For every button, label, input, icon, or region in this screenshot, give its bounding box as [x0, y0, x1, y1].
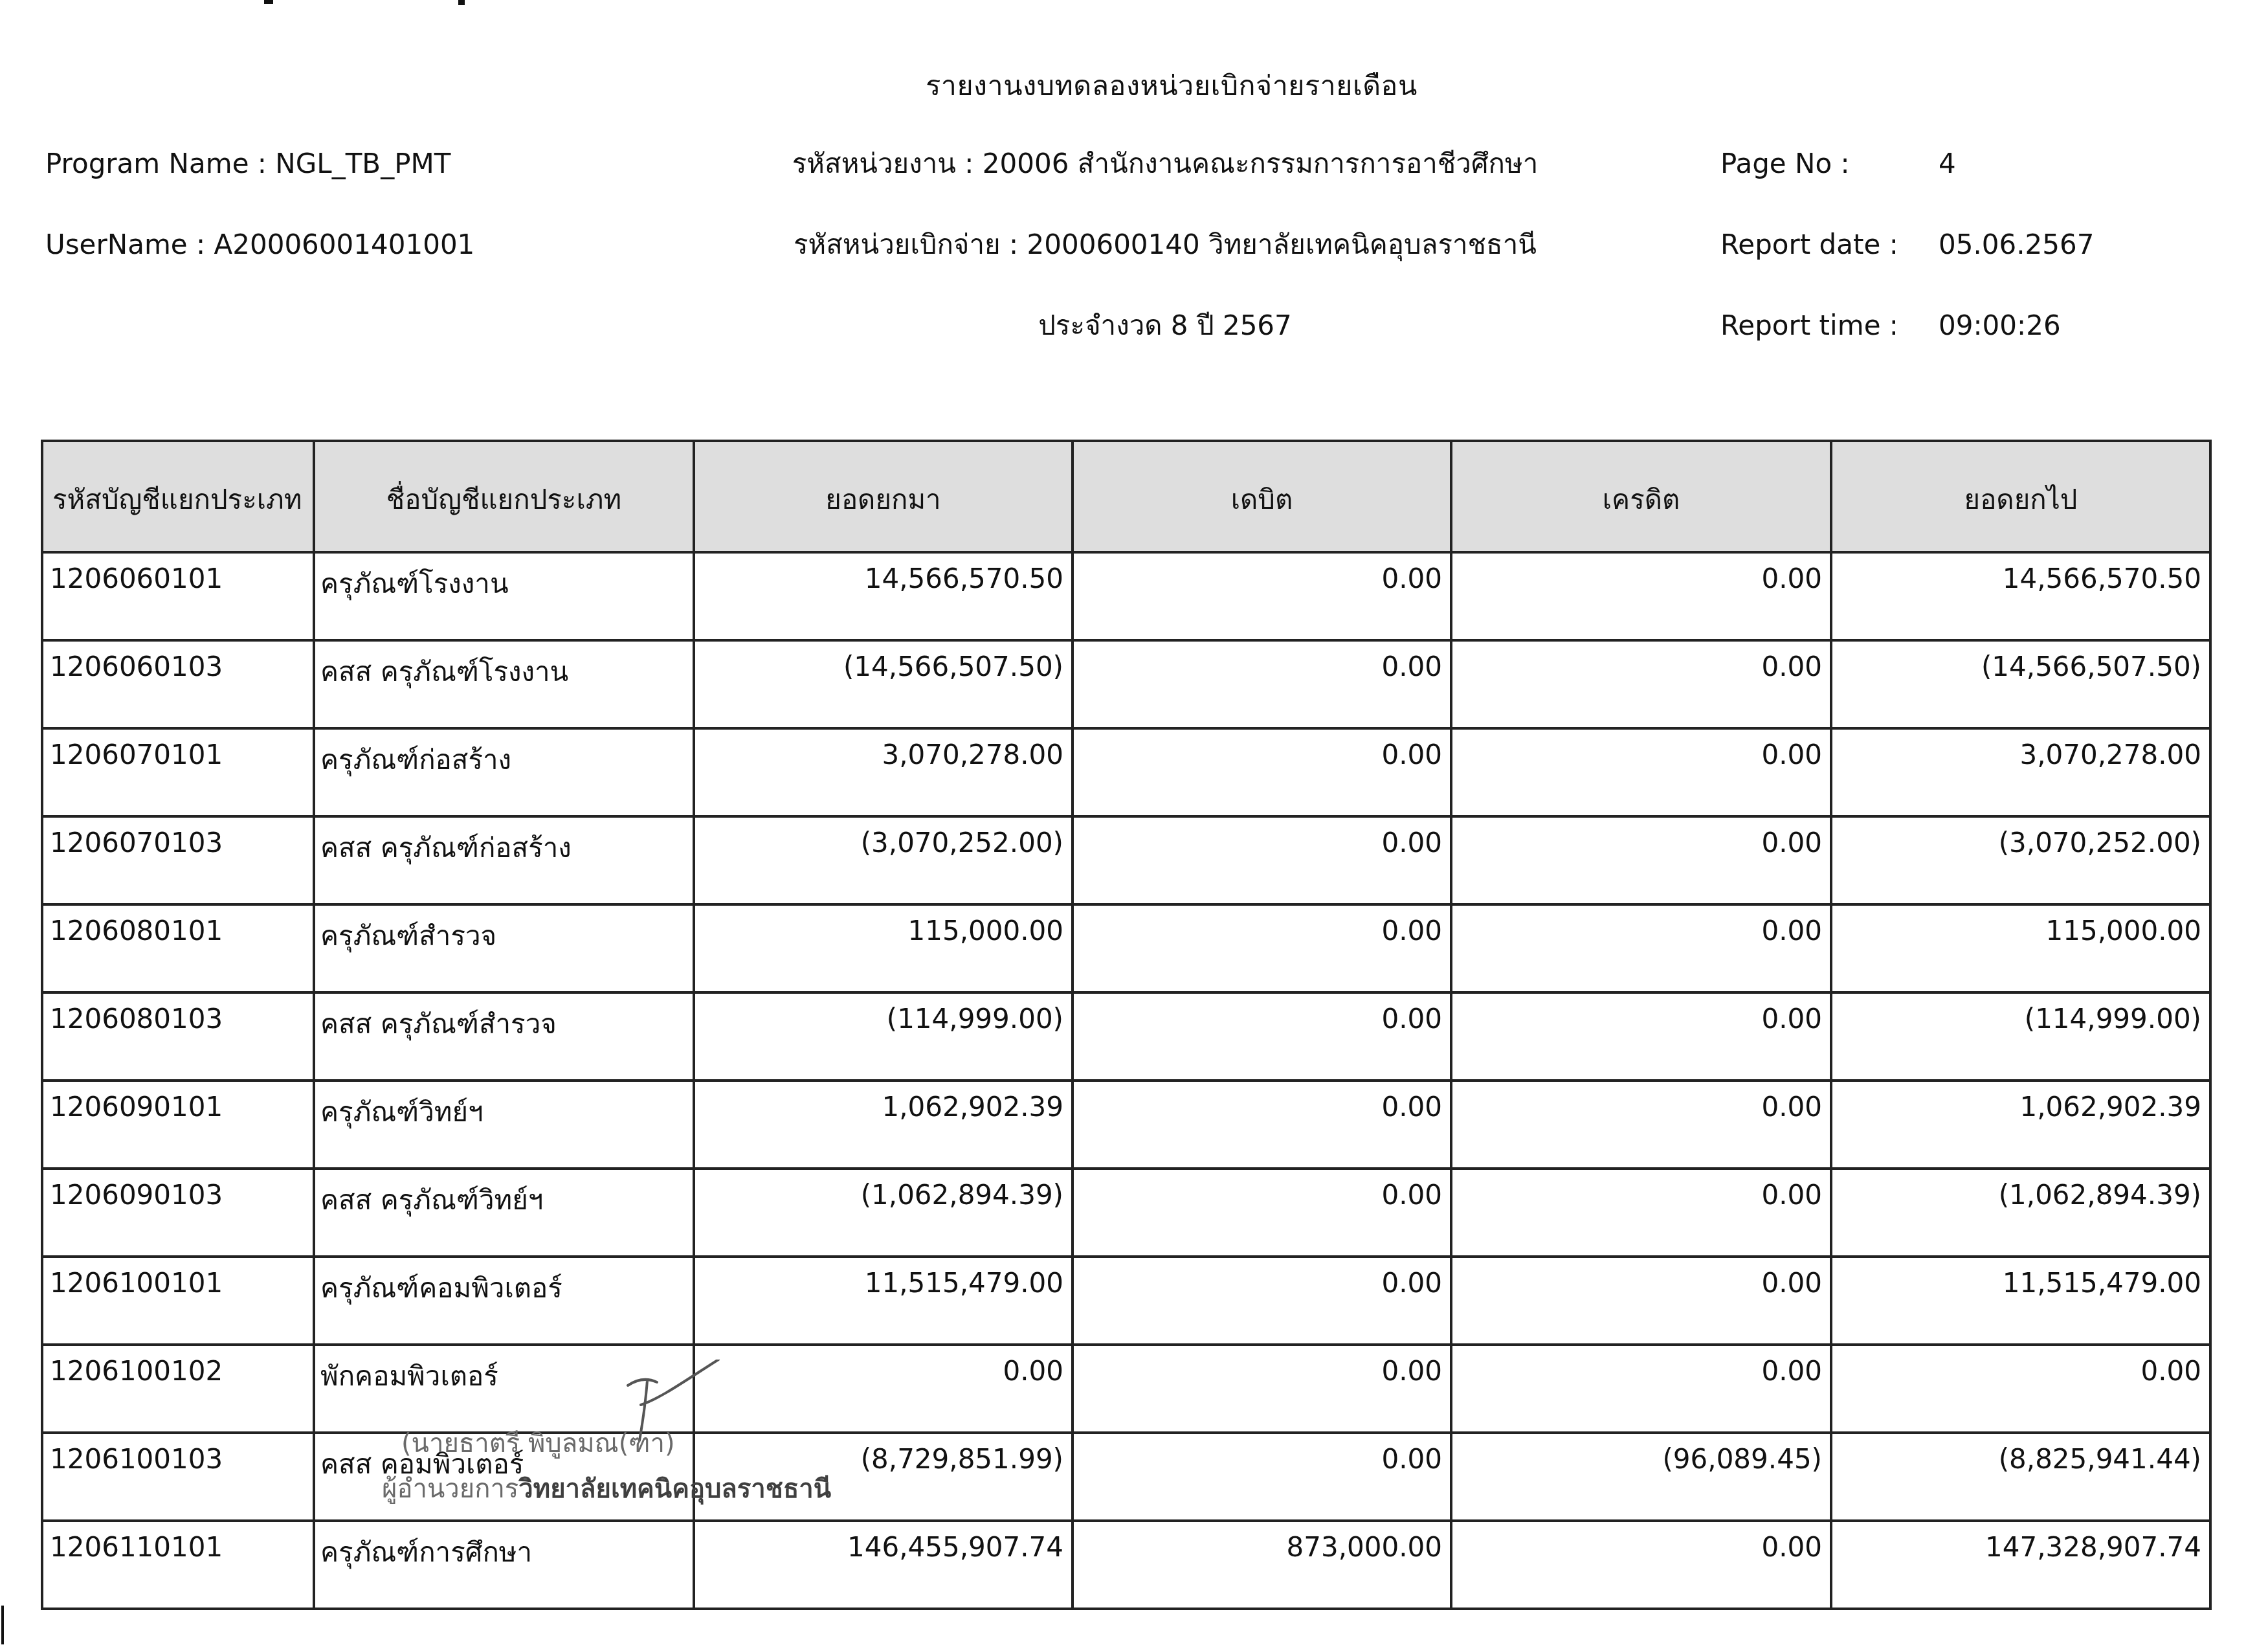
cell-opening-balance: 11,515,479.00 [694, 1257, 1073, 1345]
table-row: 1206080103คสส ครุภัณฑ์สำรวจ(114,999.00)0… [42, 992, 2210, 1081]
cell-debit: 0.00 [1073, 1257, 1451, 1345]
table-row: 1206100101ครุภัณฑ์คอมพิวเตอร์11,515,479.… [42, 1257, 2210, 1345]
report-date-label: Report date : [1720, 231, 1898, 258]
cell-debit: 0.00 [1073, 1081, 1451, 1169]
cell-account-name: คสส คอมพิวเตอร์ [314, 1433, 694, 1521]
cell-account-name: คสส ครุภัณฑ์ก่อสร้าง [314, 816, 694, 904]
cell-closing-balance: 11,515,479.00 [1831, 1257, 2210, 1345]
table-row: 1206090103คสส ครุภัณฑ์วิทย์ฯ(1,062,894.3… [42, 1169, 2210, 1257]
cell-debit: 0.00 [1073, 552, 1451, 640]
cell-credit: 0.00 [1451, 992, 1831, 1081]
cell-account-code: 1206060101 [42, 552, 314, 640]
table-row: 1206100102พักคอมพิวเตอร์0.000.000.000.00 [42, 1345, 2210, 1433]
cell-opening-balance: (3,070,252.00) [694, 816, 1073, 904]
cell-closing-balance: 1,062,902.39 [1831, 1081, 2210, 1169]
disbursing-unit-code: รหัสหน่วยเบิกจ่าย : 2000600140 วิทยาลัยเ… [712, 231, 1618, 258]
cell-credit: (96,089.45) [1451, 1433, 1831, 1521]
header-account-name: ชื่อบัญชีแยกประเภท [314, 441, 694, 552]
cell-account-name: พักคอมพิวเตอร์ [314, 1345, 694, 1433]
header-opening-balance: ยอดยกมา [694, 441, 1073, 552]
cell-closing-balance: (3,070,252.00) [1831, 816, 2210, 904]
cell-closing-balance: 147,328,907.74 [1831, 1521, 2210, 1609]
table-row: 1206110101ครุภัณฑ์การศึกษา146,455,907.74… [42, 1521, 2210, 1609]
cell-debit: 0.00 [1073, 904, 1451, 992]
cell-account-code: 1206100103 [42, 1433, 314, 1521]
cell-account-code: 1206090101 [42, 1081, 314, 1169]
report-period: ประจำงวด 8 ปี 2567 [712, 312, 1618, 339]
cell-opening-balance: 115,000.00 [694, 904, 1073, 992]
cell-account-name: ครุภัณฑ์คอมพิวเตอร์ [314, 1257, 694, 1345]
report-page: รายงานงบทดลองหน่วยเบิกจ่ายรายเดือน Progr… [0, 0, 2268, 1647]
cell-opening-balance: (1,062,894.39) [694, 1169, 1073, 1257]
cell-account-name: ครุภัณฑ์การศึกษา [314, 1521, 694, 1609]
report-title: รายงานงบทดลองหน่วยเบิกจ่ายรายเดือน [0, 63, 2268, 107]
cell-credit: 0.00 [1451, 904, 1831, 992]
agency-code: รหัสหน่วยงาน : 20006 สำนักงานคณะกรรมการก… [712, 150, 1618, 177]
cell-closing-balance: (14,566,507.50) [1831, 640, 2210, 728]
cell-closing-balance: 14,566,570.50 [1831, 552, 2210, 640]
cell-debit: 0.00 [1073, 1345, 1451, 1433]
cell-account-name: คสส ครุภัณฑ์วิทย์ฯ [314, 1169, 694, 1257]
cell-opening-balance: (114,999.00) [694, 992, 1073, 1081]
table-row: 1206070101ครุภัณฑ์ก่อสร้าง3,070,278.000.… [42, 728, 2210, 816]
page-no-value: 4 [1939, 150, 1956, 177]
cell-account-code: 1206080103 [42, 992, 314, 1081]
cell-account-code: 1206080101 [42, 904, 314, 992]
report-date-value: 05.06.2567 [1939, 231, 2094, 258]
cell-account-name: ครุภัณฑ์สำรวจ [314, 904, 694, 992]
table-row: 1206100103คสส คอมพิวเตอร์(8,729,851.99)0… [42, 1433, 2210, 1521]
cell-opening-balance: (14,566,507.50) [694, 640, 1073, 728]
cell-closing-balance: (114,999.00) [1831, 992, 2210, 1081]
cell-opening-balance: (8,729,851.99) [694, 1433, 1073, 1521]
program-name: Program Name : NGL_TB_PMT [45, 150, 450, 177]
cell-account-code: 1206100101 [42, 1257, 314, 1345]
header-credit: เครดิต [1451, 441, 1831, 552]
header-account-code: รหัสบัญชีแยกประเภท [42, 441, 314, 552]
table-row: 1206090101ครุภัณฑ์วิทย์ฯ1,062,902.390.00… [42, 1081, 2210, 1169]
cell-credit: 0.00 [1451, 640, 1831, 728]
cell-account-name: ครุภัณฑ์โรงงาน [314, 552, 694, 640]
cell-account-code: 1206110101 [42, 1521, 314, 1609]
table-body: 1206060101ครุภัณฑ์โรงงาน14,566,570.500.0… [42, 552, 2210, 1609]
cell-account-name: ครุภัณฑ์ก่อสร้าง [314, 728, 694, 816]
user-name: UserName : A20006001401001 [45, 231, 474, 258]
cell-account-code: 1206090103 [42, 1169, 314, 1257]
scan-mark-bottom-left [1, 1606, 4, 1644]
cell-credit: 0.00 [1451, 552, 1831, 640]
cell-account-name: ครุภัณฑ์วิทย์ฯ [314, 1081, 694, 1169]
cell-credit: 0.00 [1451, 1345, 1831, 1433]
cell-debit: 0.00 [1073, 728, 1451, 816]
cell-credit: 0.00 [1451, 1257, 1831, 1345]
cell-opening-balance: 14,566,570.50 [694, 552, 1073, 640]
cell-opening-balance: 3,070,278.00 [694, 728, 1073, 816]
cell-closing-balance: 115,000.00 [1831, 904, 2210, 992]
cell-closing-balance: (8,825,941.44) [1831, 1433, 2210, 1521]
scan-mark-top-2 [458, 0, 465, 5]
report-time-value: 09:00:26 [1939, 312, 2061, 339]
cell-opening-balance: 1,062,902.39 [694, 1081, 1073, 1169]
header-closing-balance: ยอดยกไป [1831, 441, 2210, 552]
cell-closing-balance: (1,062,894.39) [1831, 1169, 2210, 1257]
cell-debit: 873,000.00 [1073, 1521, 1451, 1609]
cell-opening-balance: 0.00 [694, 1345, 1073, 1433]
cell-account-code: 1206060103 [42, 640, 314, 728]
cell-debit: 0.00 [1073, 992, 1451, 1081]
cell-account-name: คสส ครุภัณฑ์โรงงาน [314, 640, 694, 728]
cell-credit: 0.00 [1451, 728, 1831, 816]
cell-debit: 0.00 [1073, 816, 1451, 904]
cell-debit: 0.00 [1073, 1433, 1451, 1521]
cell-debit: 0.00 [1073, 1169, 1451, 1257]
report-time-label: Report time : [1720, 312, 1898, 339]
header-debit: เดบิต [1073, 441, 1451, 552]
table-row: 1206080101ครุภัณฑ์สำรวจ115,000.000.000.0… [42, 904, 2210, 992]
table-row: 1206060103คสส ครุภัณฑ์โรงงาน(14,566,507.… [42, 640, 2210, 728]
table-header-row: รหัสบัญชีแยกประเภท ชื่อบัญชีแยกประเภท ยอ… [42, 441, 2210, 552]
cell-closing-balance: 3,070,278.00 [1831, 728, 2210, 816]
cell-credit: 0.00 [1451, 1521, 1831, 1609]
table-row: 1206070103คสส ครุภัณฑ์ก่อสร้าง(3,070,252… [42, 816, 2210, 904]
cell-account-code: 1206070101 [42, 728, 314, 816]
scan-mark-top-1 [264, 0, 273, 4]
cell-credit: 0.00 [1451, 1081, 1831, 1169]
cell-credit: 0.00 [1451, 1169, 1831, 1257]
cell-account-code: 1206070103 [42, 816, 314, 904]
cell-account-code: 1206100102 [42, 1345, 314, 1433]
trial-balance-table: รหัสบัญชีแยกประเภท ชื่อบัญชีแยกประเภท ยอ… [41, 440, 2212, 1610]
cell-debit: 0.00 [1073, 640, 1451, 728]
table-row: 1206060101ครุภัณฑ์โรงงาน14,566,570.500.0… [42, 552, 2210, 640]
cell-account-name: คสส ครุภัณฑ์สำรวจ [314, 992, 694, 1081]
cell-credit: 0.00 [1451, 816, 1831, 904]
page-no-label: Page No : [1720, 150, 1850, 177]
cell-opening-balance: 146,455,907.74 [694, 1521, 1073, 1609]
cell-closing-balance: 0.00 [1831, 1345, 2210, 1433]
